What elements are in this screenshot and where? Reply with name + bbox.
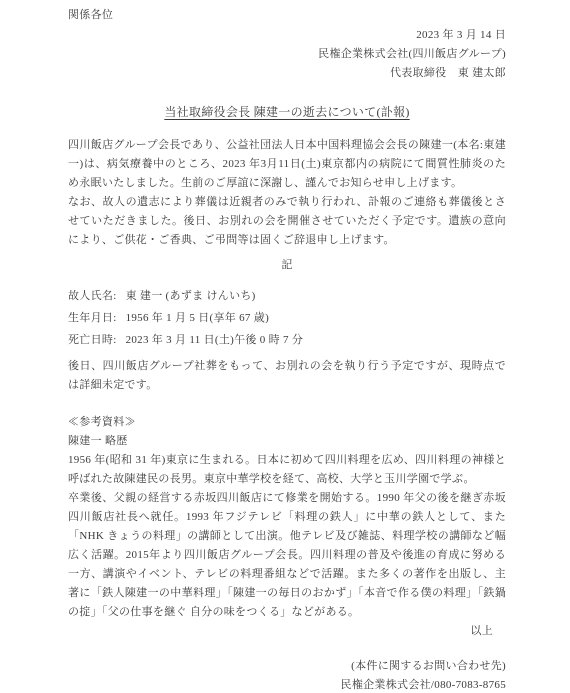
record-row-deceased-name: 故人氏名:東 建一 (あずま けんいち) <box>68 285 506 307</box>
bio-paragraph-1: 1956 年(昭和 31 年)東京に生まれる。日本に初めて四川料理を広め、四川料… <box>68 451 506 489</box>
record-label: 死亡日時: <box>68 334 117 346</box>
date-line: 2023 年 3 月 14 日 <box>68 26 506 45</box>
bio-section: 1956 年(昭和 31 年)東京に生まれる。日本に初めて四川料理を広め、四川料… <box>68 451 506 622</box>
record-label: 生年月日: <box>68 312 117 324</box>
record-value: 1956 年 1 月 5 日(享年 67 歳) <box>126 312 269 324</box>
record-row-birth-date: 生年月日:1956 年 1 月 5 日(享年 67 歳) <box>68 307 506 329</box>
document-title: 当社取締役会長 陳建一の逝去について(訃報) <box>164 105 409 119</box>
company-line: 民権企業株式会社(四川飯店グループ) <box>68 45 506 64</box>
record-value: 東 建一 (あずま けんいち) <box>126 290 256 302</box>
notice-paragraph-1: 四川飯店グループ会長であり、公益社団法人日本中国料理協会会長の陳建一(本名:東建… <box>68 136 506 193</box>
obituary-document-page: 関係各位 2023 年 3 月 14 日 民権企業株式会社(四川飯店グループ) … <box>0 0 570 693</box>
farewell-paragraph: 後日、四川飯店グループ社葬をもって、お別れの会を執り行う予定ですが、現時点では詳… <box>68 357 506 395</box>
record-list: 故人氏名:東 建一 (あずま けんいち) 生年月日:1956 年 1 月 5 日… <box>68 285 506 351</box>
record-heading: 記 <box>68 256 506 275</box>
contact-block: (本件に関するお問い合わせ先) 民権企業株式会社/080-7083-8765 <box>68 657 506 693</box>
record-label: 故人氏名: <box>68 290 117 302</box>
bio-title: 陳建一 略歴 <box>68 432 506 451</box>
closing-marker: 以上 <box>68 622 506 641</box>
title-row: 当社取締役会長 陳建一の逝去について(訃報) <box>68 103 506 122</box>
bio-paragraph-2: 卒業後、父親の経営する赤坂四川飯店にて修業を開始する。1990 年父の後を継ぎ赤… <box>68 489 506 622</box>
record-row-death-datetime: 死亡日時:2023 年 3 月 11 日(土)午後 0 時 7 分 <box>68 329 506 351</box>
notice-section: 四川飯店グループ会長であり、公益社団法人日本中国料理協会会長の陳建一(本名:東建… <box>68 136 506 250</box>
reference-heading: ≪参考資料≫ <box>68 413 506 432</box>
record-value: 2023 年 3 月 11 日(土)午後 0 時 7 分 <box>126 334 304 346</box>
recipient-line: 関係各位 <box>68 6 506 25</box>
representative-line: 代表取締役 東 建太郎 <box>68 64 506 83</box>
notice-paragraph-2: なお、故人の遺志により葬儀は近親者のみで執り行われ、訃報のご連絡も葬儀後とさせて… <box>68 193 506 250</box>
sender-block: 2023 年 3 月 14 日 民権企業株式会社(四川飯店グループ) 代表取締役… <box>68 26 506 83</box>
contact-heading: (本件に関するお問い合わせ先) <box>68 657 506 676</box>
contact-line: 民権企業株式会社/080-7083-8765 <box>68 676 506 693</box>
